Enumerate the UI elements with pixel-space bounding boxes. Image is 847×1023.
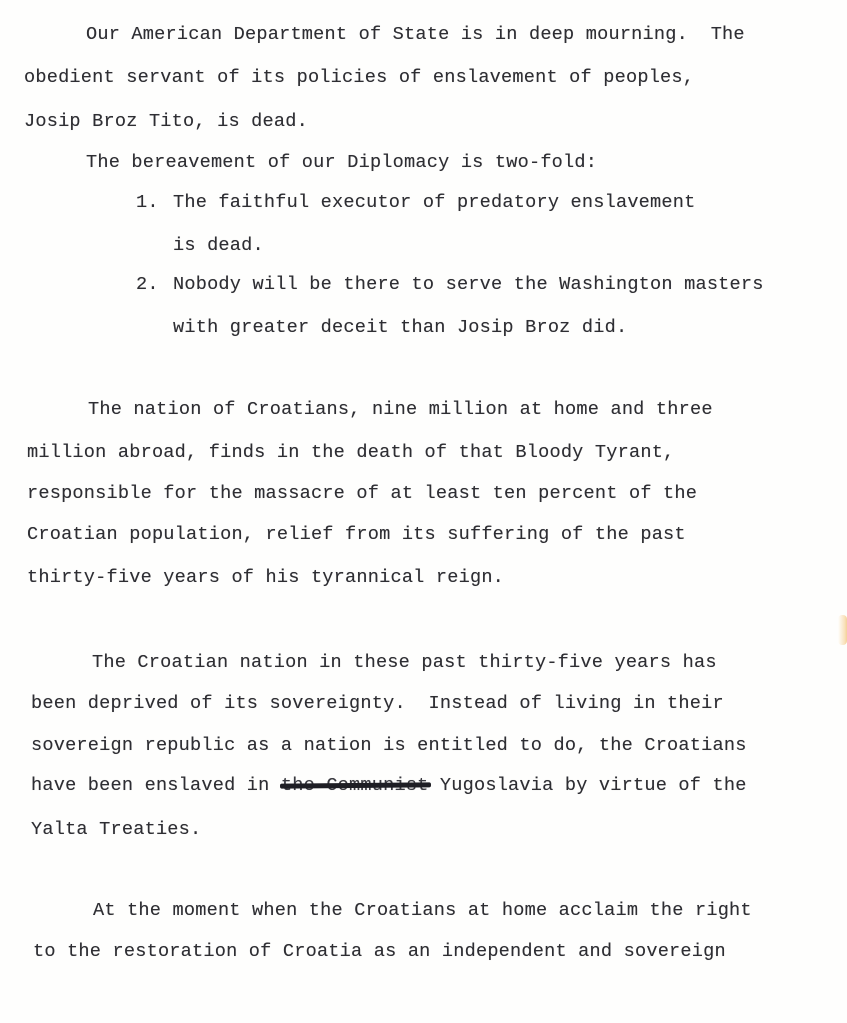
paragraph-3-line-5: thirty-five years of his tyrannical reig… — [27, 566, 504, 590]
list-item-1-line-2: is dead. — [173, 234, 264, 258]
list-item-2-number: 2. — [136, 273, 159, 297]
list-item-1-line-1: The faithful executor of predatory ensla… — [173, 191, 695, 215]
paragraph-1-line-3: Josip Broz Tito, is dead. — [24, 110, 308, 134]
paragraph-2-line-1: The bereavement of our Diplomacy is two-… — [86, 151, 597, 175]
paragraph-4-line-3: sovereign republic as a nation is entitl… — [31, 734, 747, 758]
list-item-1-number: 1. — [136, 191, 159, 215]
paragraph-4-line-2: been deprived of its sovereignty. Instea… — [31, 692, 724, 716]
paragraph-3-line-3: responsible for the massacre of at least… — [27, 482, 697, 506]
paragraph-5-line-2: to the restoration of Croatia as an inde… — [33, 940, 726, 964]
paragraph-1-line-1: Our American Department of State is in d… — [86, 23, 745, 47]
paper-stain — [838, 615, 847, 645]
typewritten-page: Our American Department of State is in d… — [0, 0, 847, 1023]
paragraph-3-line-2: million abroad, finds in the death of th… — [27, 441, 674, 465]
list-item-2-line-2: with greater deceit than Josip Broz did. — [173, 316, 627, 340]
paragraph-5-line-1: At the moment when the Croatians at home… — [93, 899, 752, 923]
line-text-after-strike: Yugoslavia by virtue of the — [429, 775, 747, 796]
line-text-before-strike: have been enslaved in — [31, 775, 281, 796]
list-item-2-line-1: Nobody will be there to serve the Washin… — [173, 273, 764, 297]
paragraph-4-line-1: The Croatian nation in these past thirty… — [92, 651, 717, 675]
paragraph-3-line-1: The nation of Croatians, nine million at… — [88, 398, 713, 422]
struck-out-text: the Communist — [281, 774, 429, 798]
paragraph-4-line-4: have been enslaved in the Communist Yugo… — [31, 774, 747, 798]
paragraph-1-line-2: obedient servant of its policies of ensl… — [24, 66, 694, 90]
paragraph-4-line-5: Yalta Treaties. — [31, 818, 201, 842]
paragraph-3-line-4: Croatian population, relief from its suf… — [27, 523, 686, 547]
